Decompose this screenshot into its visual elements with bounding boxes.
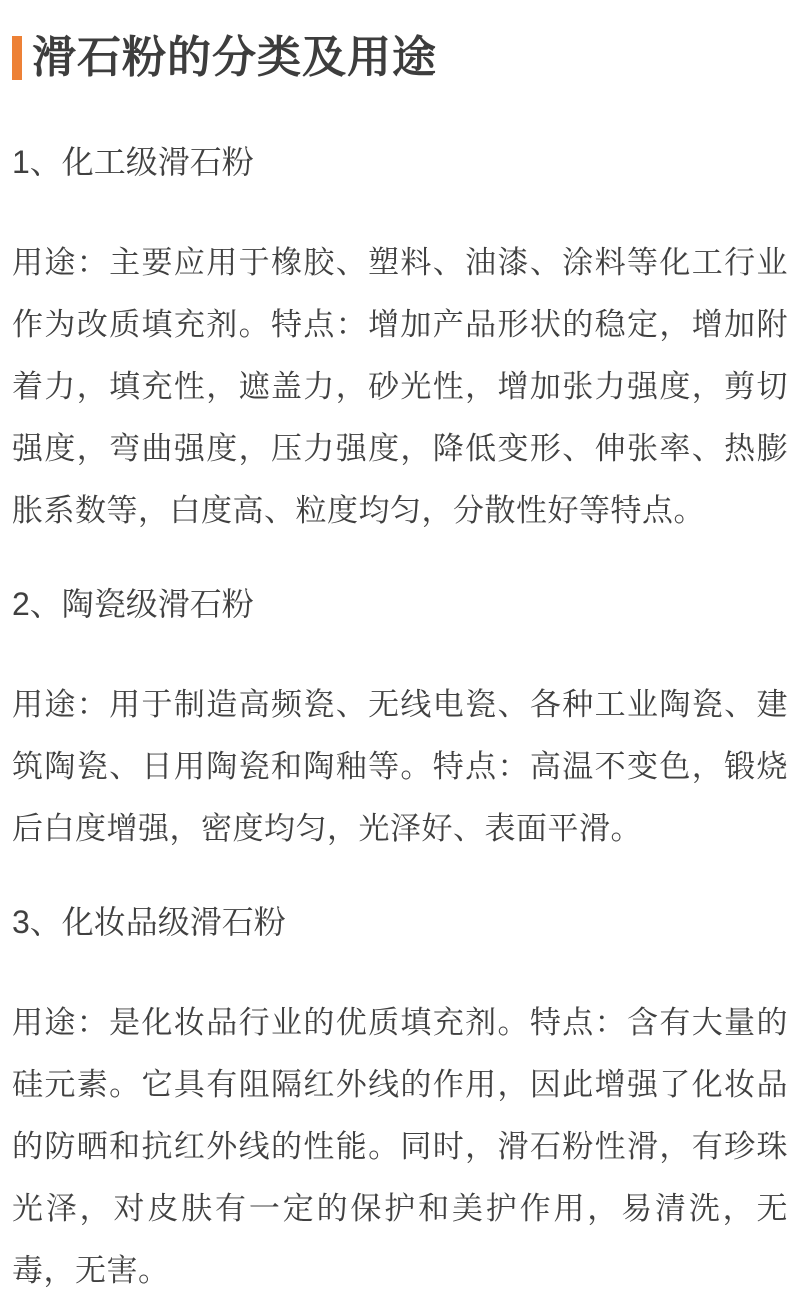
article-page: 滑石粉的分类及用途 1、化工级滑石粉 用途：主要应用于橡胶、塑料、油漆、涂料等化… [0, 32, 800, 1300]
section-body-ceramic-grade: 用途：用于制造高频瓷、无线电瓷、各种工业陶瓷、建筑陶瓷、日用陶瓷和陶釉等。特点：… [12, 674, 788, 860]
section-ceramic-grade: 2、陶瓷级滑石粉 用途：用于制造高频瓷、无线电瓷、各种工业陶瓷、建筑陶瓷、日用陶… [12, 582, 788, 860]
title-accent-bar [12, 36, 22, 80]
section-heading-ceramic-grade: 2、陶瓷级滑石粉 [12, 582, 788, 626]
section-heading-cosmetic-grade: 3、化妆品级滑石粉 [12, 900, 788, 944]
section-body-cosmetic-grade: 用途：是化妆品行业的优质填充剂。特点：含有大量的硅元素。它具有阻隔红外线的作用，… [12, 992, 788, 1300]
section-body-chemical-grade: 用途：主要应用于橡胶、塑料、油漆、涂料等化工行业作为改质填充剂。特点：增加产品形… [12, 232, 788, 542]
page-title: 滑石粉的分类及用途 [32, 32, 437, 84]
title-row: 滑石粉的分类及用途 [12, 32, 788, 84]
section-heading-chemical-grade: 1、化工级滑石粉 [12, 140, 788, 184]
section-cosmetic-grade: 3、化妆品级滑石粉 用途：是化妆品行业的优质填充剂。特点：含有大量的硅元素。它具… [12, 900, 788, 1300]
section-chemical-grade: 1、化工级滑石粉 用途：主要应用于橡胶、塑料、油漆、涂料等化工行业作为改质填充剂… [12, 140, 788, 542]
